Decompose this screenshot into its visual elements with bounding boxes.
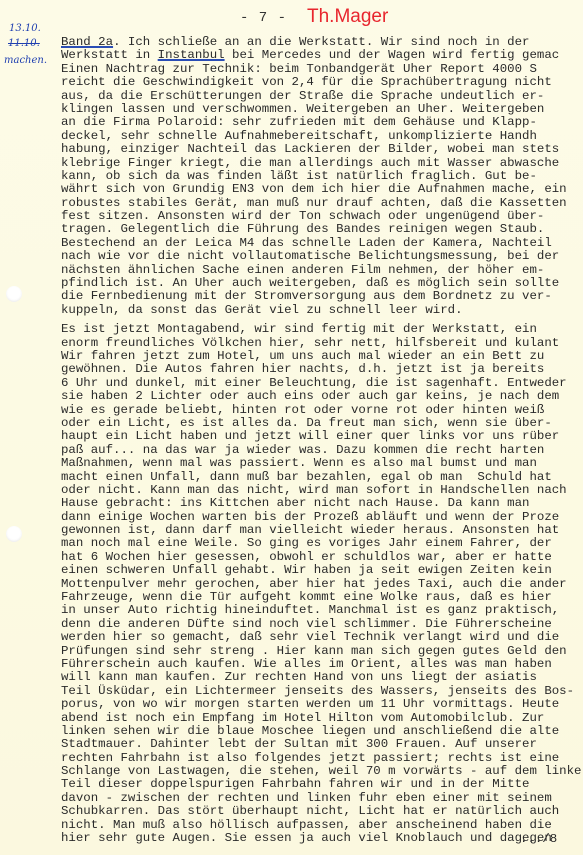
text-line: währt sich von Grundig EN3 von dem ich h…	[61, 183, 583, 196]
text-line: hier sehr gute Augen. Sie essen ja auch …	[61, 832, 583, 845]
text-line: macht einen Unfall, dann muß bar bezahle…	[61, 471, 583, 484]
text-line: hat 6 Wochen hier gesessen, obwohl er sc…	[61, 551, 583, 564]
page-header: - 7 - Th.Mager	[0, 6, 583, 30]
text-line: Bestechend an der Leica M4 das schnelle …	[61, 237, 583, 250]
author-name: Th.Mager	[307, 6, 388, 28]
text-line: man noch mal eine Weile. So ging es vori…	[61, 537, 583, 550]
paragraph-workshop-notes: Band 2a. Ich schließe an an die Werkstat…	[61, 36, 583, 317]
text-line: tragen. Gelegentlich die Führung des Ban…	[61, 223, 583, 236]
margin-note-word: machen.	[4, 55, 47, 66]
punch-hole-icon	[6, 286, 22, 302]
text-line: Wir fahren jetzt zum Hotel, um uns auch …	[61, 350, 583, 363]
text-line: gewonnen ist, dann darf man vielleicht w…	[61, 524, 583, 537]
text-line: nicht. Man muß also höllisch aufpassen, …	[61, 819, 583, 832]
text-line: kann, ob sich da was finden läßt ist nat…	[61, 170, 583, 183]
text-line: die Fernbedienung mit der Stromversorgun…	[61, 290, 583, 303]
text-line: Es ist jetzt Montagabend, wir sind ferti…	[61, 323, 583, 336]
text-line: haupt ein Licht haben und jetzt will ein…	[61, 430, 583, 443]
text-line: klingen lassen und verschwommen. Weiterg…	[61, 103, 583, 116]
continuation-marker: .../8	[520, 832, 557, 846]
text-line: Schlange von Lastwagen, die stehen, weil…	[61, 765, 583, 778]
text-line: nach wie vor die nicht vollautomatische …	[61, 250, 583, 263]
document-page: - 7 - Th.Mager 13.10. 11.10. machen. Ban…	[0, 0, 583, 855]
text-line: oder ein Licht, es ist alles da. Da freu…	[61, 417, 583, 430]
text-line: abend ist noch ein Empfang im Hotel Hilt…	[61, 712, 583, 725]
text-line: dann einige Wochen warten bis der Prozeß…	[61, 511, 583, 524]
typed-body: Band 2a. Ich schließe an an die Werkstat…	[61, 36, 583, 845]
text-line: aus, da die Erschütterungen der Straße d…	[61, 90, 583, 103]
text-line: Hause gebracht: ins Kittchen aber nicht …	[61, 497, 583, 510]
text-line: Mottenpulver mehr gerochen, aber hier ha…	[61, 578, 583, 591]
margin-note-date: 13.10.	[9, 23, 41, 34]
text-line: wie es gerade beliebt, hinten rot oder v…	[61, 404, 583, 417]
text-line: denn die anderen Düfte sind noch viel sc…	[61, 618, 583, 631]
margin-note-struck-date: 11.10.	[8, 38, 40, 49]
text-line: Stadtmauer. Dahinter lebt der Sultan mit…	[61, 738, 583, 751]
text-line: Band 2a. Ich schließe an an die Werkstat…	[61, 36, 583, 49]
text-line: Teil dieser doppelspurigen Fahrbahn fahr…	[61, 778, 583, 791]
text-line: Prüfungen sind sehr streng . Hier kann m…	[61, 645, 583, 658]
text-line: 6 Uhr und dunkel, mit einer Beleuchtung,…	[61, 377, 583, 390]
text-line: Schubkarren. Das stört überhaupt nicht, …	[61, 805, 583, 818]
text-line: Führerschein auch kaufen. Wie alles im O…	[61, 658, 583, 671]
text-line: kuppeln, da sonst das Gerät viel zu schn…	[61, 304, 583, 317]
text-line: Werkstatt in Instanbul bei Mercedes und …	[61, 49, 583, 62]
text-line: in unser Auto richtig hineinduftet. Manc…	[61, 604, 583, 617]
text-line: oder nicht. Kann man das nicht, wird man…	[61, 484, 583, 497]
text-line: Teil Üsküdar, ein Lichtermeer jenseits d…	[61, 685, 583, 698]
text-line: klebrige Finger kriegt, die man allerdin…	[61, 157, 583, 170]
text-line: Einen Nachtrag zur Technik: beim Tonband…	[61, 63, 583, 76]
text-line: gewöhnen. Die Autos fahren hier nachts, …	[61, 363, 583, 376]
paragraph-istanbul-evening: Es ist jetzt Montagabend, wir sind ferti…	[61, 323, 583, 845]
text-line: Maßnahmen, wenn mal was passiert. Wenn e…	[61, 457, 583, 470]
text-line: deckel, sehr schnelle Aufnahmebereitscha…	[61, 130, 583, 143]
text-line: an die Firma Polaroid: sehr zufrieden mi…	[61, 116, 583, 129]
text-line: paß auf... na das war ja wieder was. Daz…	[61, 444, 583, 457]
text-line: rechten Fahrbahn ist also folgendes jetz…	[61, 752, 583, 765]
text-line: werden hier so gemacht, daß sehr viel Te…	[61, 631, 583, 644]
text-line: will kann man kaufen. Zur rechten Hand v…	[61, 671, 583, 684]
text-line: pfindlich ist. An Uher auch weitergeben,…	[61, 277, 583, 290]
text-line: habung, einziger Nachteil das Lackieren …	[61, 143, 583, 156]
text-line: robustes stabiles Gerät, man muß nur dra…	[61, 197, 583, 210]
text-line: Fahrzeuge, wenn die Tür aufgeht kommt ei…	[61, 591, 583, 604]
text-line: reicht die Geschwindigkeit von 2,4 für d…	[61, 76, 583, 89]
text-line: porus, von wo wir morgen starten werden …	[61, 698, 583, 711]
page-number: - 7 -	[240, 10, 287, 26]
text-line: einen schweren Unfall gehabt. Wir haben …	[61, 564, 583, 577]
text-line: nächsten ähnlichen Sache einen anderen F…	[61, 264, 583, 277]
text-line: fest sitzen. Ansonsten wird der Ton schw…	[61, 210, 583, 223]
text-line: enorm freundliches Völkchen hier, sehr n…	[61, 337, 583, 350]
text-line: linken sehen wir die blaue Moschee liege…	[61, 725, 583, 738]
text-line: sie haben 2 Lichter oder auch eins oder …	[61, 390, 583, 403]
text-line: davon - zwischen der rechten und linken …	[61, 792, 583, 805]
punch-hole-icon	[6, 526, 22, 542]
